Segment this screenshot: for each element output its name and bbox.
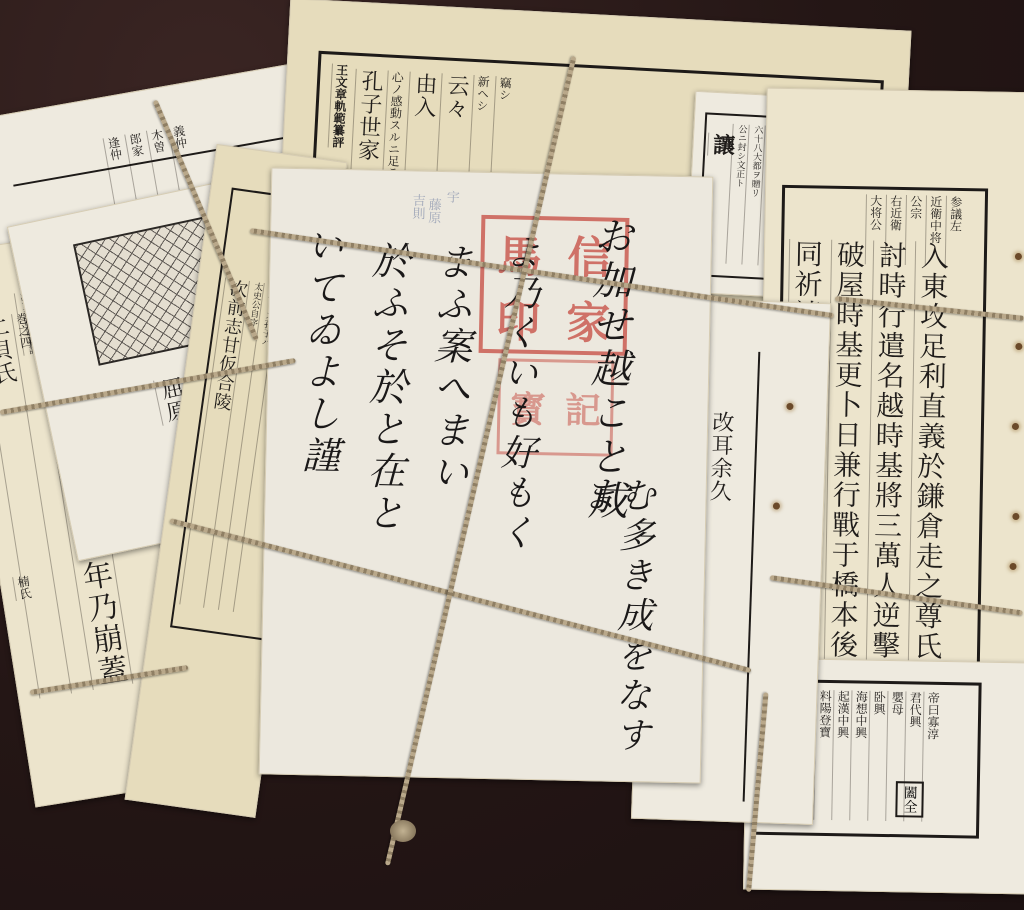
handwritten-column: まふ案へまい xyxy=(426,242,471,495)
binding-hole xyxy=(1015,253,1022,260)
binding-hole xyxy=(773,502,780,509)
stamp-text: 吉則 xyxy=(409,193,425,219)
text-column: 新ヘシ xyxy=(468,75,490,186)
twine-knot xyxy=(390,820,416,842)
text-column: 卧興 xyxy=(867,691,885,821)
handwritten-letter-page: 宇 藤原 吉則 馬 信 印 家 寳 記 お加せ越こと成 む多き成をなすま よ乃く… xyxy=(259,167,714,783)
binding-hole xyxy=(1012,423,1019,430)
book-title-strip: 王文章軌範纂評 xyxy=(328,64,348,149)
binding-hole xyxy=(786,403,793,410)
stamp-text: 宇 xyxy=(444,190,459,203)
text-column: 起漢中興 xyxy=(831,690,849,820)
section-heading: 孔子世家 xyxy=(350,69,382,180)
annotation-label: 楠氏 xyxy=(12,575,32,601)
text-column: 心ノ感動スルニ足ラ xyxy=(382,70,404,181)
page-label: 讓 xyxy=(707,133,734,157)
binding-hole xyxy=(1009,563,1016,570)
text-column: 帝曰寡淳 xyxy=(921,692,939,822)
faint-blue-stamp: 吉則 xyxy=(407,193,427,219)
handwritten-column: 於ふそ於と在と xyxy=(361,240,407,535)
handwritten-column: いてゐよし謹 xyxy=(296,225,341,478)
boxed-label: 闔全 xyxy=(895,781,924,817)
stamp-text: 藤原 xyxy=(425,198,441,224)
binding-hole xyxy=(1015,343,1022,350)
text-column: 海想中興 xyxy=(849,690,867,820)
handwritten-column: よ乃くいも好もく xyxy=(494,233,538,554)
faint-blue-stamp: 宇 xyxy=(442,190,461,203)
text-column: 由入 xyxy=(404,72,436,183)
text-column: 云々 xyxy=(436,73,468,184)
binding-hole xyxy=(1012,513,1019,520)
